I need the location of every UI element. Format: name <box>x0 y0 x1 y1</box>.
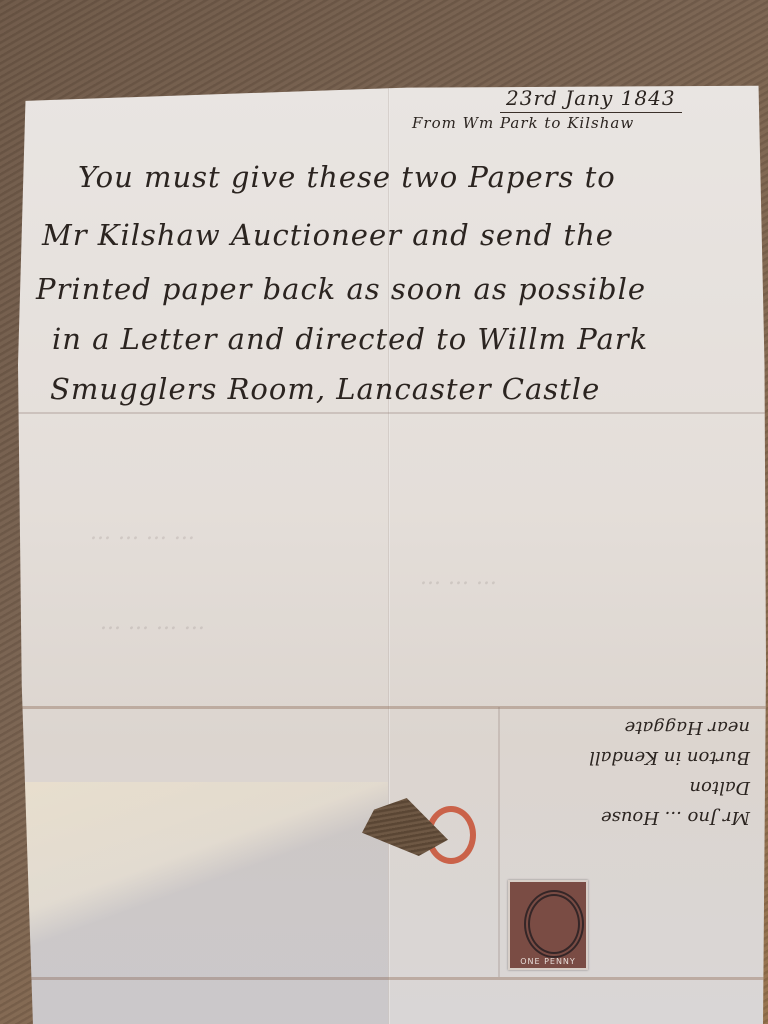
horizontal-fold-line-upper <box>18 412 766 414</box>
body-line-4: in a Letter and directed to Willm Park <box>52 322 648 356</box>
stamp-value-text: ONE PENNY <box>510 957 586 966</box>
from-line: From Wm Park to Kilshaw <box>412 114 634 132</box>
body-line-1: You must give these two Papers to <box>78 160 616 194</box>
body-line-3: Printed paper back as soon as possible <box>36 272 646 306</box>
address-line-2: Dalton <box>500 772 750 802</box>
maltese-cross-cancel-icon <box>524 890 584 958</box>
body-line-2: Mr Kilshaw Auctioneer and send the <box>42 218 614 252</box>
bleedthrough-text-2: ... ... ... <box>420 565 497 590</box>
postage-stamp: ONE PENNY <box>508 880 588 970</box>
body-line-5: Smugglers Room, Lancaster Castle <box>50 372 600 406</box>
address-line-3: Burton in Kendall <box>500 742 750 772</box>
address-block-upside-down: Mr Jno ... House Dalton Burton in Kendal… <box>500 712 750 832</box>
light-shadow-overlay <box>18 782 388 1024</box>
address-line-4: near Haggate <box>500 712 750 742</box>
letter-date: 23rd Jany 1843 <box>500 86 682 113</box>
address-line-1: Mr Jno ... House <box>500 802 750 832</box>
bleedthrough-text-3: ... ... ... ... <box>100 610 205 635</box>
horizontal-fold-line-middle <box>18 706 766 709</box>
bleedthrough-text-1: ... ... ... ... <box>90 520 195 545</box>
